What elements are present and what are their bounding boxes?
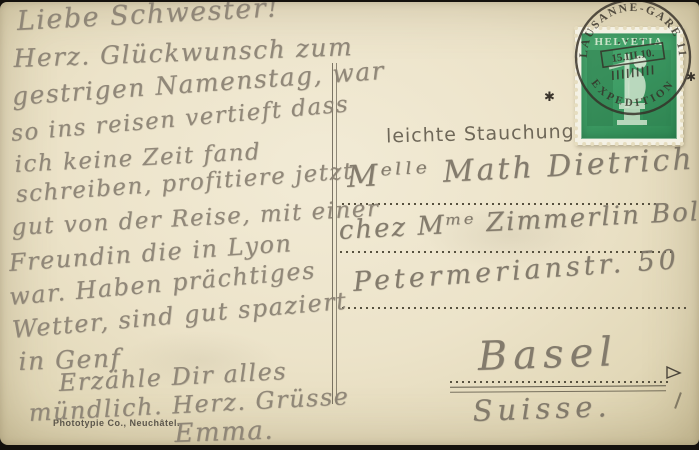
scan-edge-bottom	[0, 445, 699, 450]
postmark-star-icon: ✱	[686, 70, 696, 84]
signature: Emma.	[174, 416, 275, 449]
publisher-imprint: Phototypie Co., Neuchâtel.	[53, 418, 180, 428]
address-country: Suisse.	[472, 389, 612, 428]
address-rule-4	[450, 381, 668, 383]
postmark-star-icon: ✱	[544, 90, 555, 105]
address-rule-3	[342, 307, 688, 309]
tell-boy-figure-icon	[581, 46, 677, 138]
scan-edge-top	[0, 0, 699, 2]
address-city: Basel	[477, 329, 619, 380]
arrow-triangle-icon	[665, 364, 683, 381]
stamp-green-panel: HELVETIA	[581, 33, 677, 139]
postage-stamp: HELVETIA	[575, 27, 683, 145]
postcard-scan: Liebe Schwester! Herz. Glückwunsch zum g…	[0, 0, 699, 450]
